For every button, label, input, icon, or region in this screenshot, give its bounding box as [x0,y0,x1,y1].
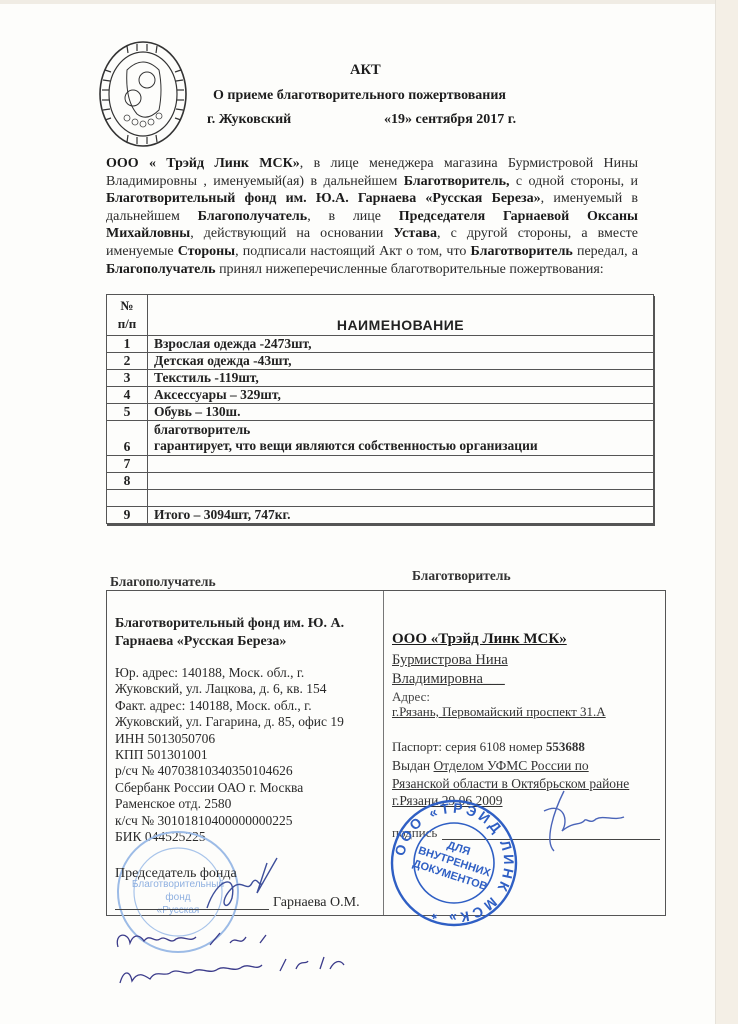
requisite-line: Факт. адрес: 140188, Моск. обл., г. [115,698,344,714]
recipient-org-line1: Благотворительный фонд им. Ю. А. [115,616,344,631]
document-city: г. Жуковский [207,112,291,128]
requisite-line: ИНН 5013050706 [115,731,344,747]
passport-prefix: Паспорт: серия 6108 номер [392,739,546,754]
row-name: благотворительгарантирует, что вещи явля… [148,421,654,456]
chair-signature-icon [197,853,287,923]
row-name: Итого – 3094шт, 747кг. [148,507,654,524]
row-name [148,456,654,473]
table-row: 7 [107,456,654,473]
donor-person-line1: Бурмистрова Нина [392,651,508,670]
svg-text:фонд: фонд [165,891,190,903]
recipient-label: Благополучатель [110,574,216,590]
col-num-header: №п/п [107,295,148,336]
parties-bold: Стороны [178,244,235,259]
row-name: Детская одежда -43шт, [148,353,654,370]
passport-number: 553688 [546,739,585,754]
donor-person-line2: Владимировна___ [392,670,508,689]
row-name: Взрослая одежда -2473шт, [148,336,654,353]
col-num-line1: № [120,298,133,313]
requisite-line: Сбербанк России ОАО г. Москва [115,780,344,796]
row-num: 7 [107,456,148,473]
row-num: 2 [107,353,148,370]
donor-role-bold: Благотворитель, [404,174,510,189]
row-num: 9 [107,507,148,524]
issued-prefix: Выдан [392,758,434,773]
requisite-line: р/сч № 40703810340350104626 [115,763,344,779]
row-num: 6 [107,421,148,456]
donor-passport: Паспорт: серия 6108 номер 553688 [392,739,585,755]
recipient-org-name: Благотворительный фонд им. Ю. А.Гарнаева… [115,615,375,651]
recipient-org-bold: Благотворительный фонд им. Ю.А. Гарнаева… [106,191,541,206]
table-row: 1Взрослая одежда -2473шт, [107,336,654,353]
page-right-edge [715,0,738,1024]
row-name: Текстиль -119шт, [148,370,654,387]
svg-text:«Русская: «Русская [157,905,200,916]
table-header-row: №п/п НАИМЕНОВАНИЕ [107,295,654,336]
intro-text: , подписали настоящий Акт о том, что [235,244,470,259]
intro-text: , в лице [307,209,399,224]
table-total-row: 9Итого – 3094шт, 747кг. [107,507,654,524]
page-top-edge [0,0,716,4]
table-row: 8 [107,473,654,490]
intro-text: передал, а [573,244,638,259]
signatures-table: Благотворительный фонд им. Ю. А.Гарнаева… [106,590,666,916]
requisite-line: КПП 501301001 [115,747,344,763]
donor-org-name: ООО «Трэйд Линк МСК» [392,631,567,648]
row-name-line2: гарантирует, что вещи являются собственн… [154,438,538,453]
requisite-line: Юр. адрес: 140188, Моск. обл., г. [115,665,344,681]
donor-label: Благотворитель [412,568,511,584]
row-num: 8 [107,473,148,490]
intro-text: принял нижеперечисленные благотворительн… [216,262,604,277]
donor-role-bold: Благотворитель [471,244,573,259]
row-name [148,490,654,507]
donation-items-table: №п/п НАИМЕНОВАНИЕ 1Взрослая одежда -2473… [106,294,654,524]
recipient-role-bold: Благополучатель [106,262,216,277]
document-date: «19» сентября 2017 г. [384,112,516,128]
table-row: 5Обувь – 130ш. [107,404,654,421]
col-num-line2: п/п [118,316,137,331]
donor-company-stamp-icon: ООО «ТРЭЙД ЛИНК МСК» * ДЛЯ ВНУТРЕННИХ ДО… [388,797,520,929]
donor-org-bold: ООО « Трэйд Линк МСК» [106,156,300,171]
table-row [107,490,654,507]
donor-column: ООО «Трэйд Линк МСК» Бурмистрова НинаВла… [384,591,665,915]
recipient-requisites: Юр. адрес: 140188, Моск. обл., г. Жуковс… [115,665,344,845]
row-num: 5 [107,404,148,421]
row-num: 3 [107,370,148,387]
table-row: 6благотворительгарантирует, что вещи явл… [107,421,654,456]
recipient-org-line2: Гарнаева «Русская Береза» [115,634,286,649]
row-name: Обувь – 130ш. [148,404,654,421]
intro-text: с одной стороны, и [510,174,638,189]
row-name-line1: благотворитель [154,422,250,437]
table-row: 4Аксессуары – 329шт, [107,387,654,404]
row-num: 4 [107,387,148,404]
foundation-logo-icon [97,40,189,148]
donor-address-value: г.Рязань, Первомайский проспект 31.А [392,704,606,720]
donor-signature-icon [524,781,644,861]
requisite-line: Жуковский, ул. Гагарина, д. 85, офис 19 [115,714,344,730]
intro-text: , действующий на основании [190,226,393,241]
recipient-role-bold: Благополучатель [198,209,308,224]
col-name-header: НАИМЕНОВАНИЕ [148,295,654,336]
requisite-line: Жуковский, ул. Лацкова, д. 6, кв. 154 [115,681,344,697]
document-title: АКТ [350,62,381,79]
donor-person-name: Бурмистрова НинаВладимировна___ [392,651,508,689]
row-num [107,490,148,507]
intro-paragraph: ООО « Трэйд Линк МСК», в лице менеджера … [106,155,638,278]
recipient-column: Благотворительный фонд им. Ю. А.Гарнаева… [107,591,384,915]
row-name: Аксессуары – 329шт, [148,387,654,404]
charter-bold: Устава [393,226,437,241]
issued-line1: Отделом УФМС России по [434,758,589,773]
donor-address-label: Адрес: [392,689,430,705]
table-row: 3Текстиль -119шт, [107,370,654,387]
table-row: 2Детская одежда -43шт, [107,353,654,370]
row-name [148,473,654,490]
row-num: 1 [107,336,148,353]
document-subtitle: О приеме благотворительного пожертвовани… [213,88,506,104]
handwritten-proxy-note [110,925,370,995]
requisite-line: Раменское отд. 2580 [115,796,344,812]
